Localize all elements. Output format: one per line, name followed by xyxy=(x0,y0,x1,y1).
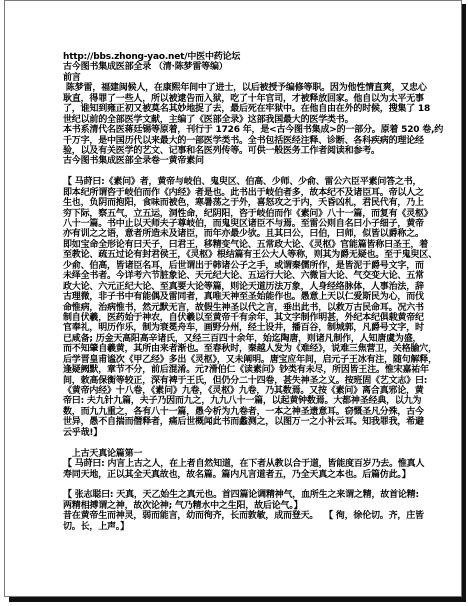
scanned-page-canvas: http://bbs.zhong-yao.net/中医中药论坛古今图书集成医部全… xyxy=(0,0,468,606)
text-line: 数，而九九重之，各有八十一篇，愚今析为九卷者，一本之神圣遗意耳。窃慨圣凡分殊，古… xyxy=(63,407,455,417)
document-text: http://bbs.zhong-yao.net/中医中药论坛古今图书集成医部全… xyxy=(63,52,455,532)
text-line: 官奉礼，明历作乐，制为衰冕舟车，画野分州，经土设井，播百谷，制城郭，凡爵号文字，… xyxy=(63,323,455,333)
text-line: 陈梦雷，福建闽候人，在康熙年间中了进士，以后被授予编修等职。因为他性情直爽，又忠… xyxy=(63,83,455,93)
text-line: 千万字，是中国历代以来最大的一部医学类书。全书包括医经注释、诊断、各科疾病的理论… xyxy=(63,136,455,146)
text-line: 已咸备; 历金天高阳高辛诸氏，又经三百四十余年，始迄陶唐，则诸凡制作，人知唐虞为… xyxy=(63,334,455,344)
text-line: 制自伏羲，医药始于神农，自伏羲以至黄帝千有余年，其文字制作明甚，外纪本纪俱载黄帝… xyxy=(63,313,455,323)
text-line: 上古天真论篇第一 xyxy=(63,449,455,459)
text-line: 【 马莳曰:《素问》者，黄帝与岐伯、鬼臾区、伯高、少师、少俞、雷公六臣平素问答之… xyxy=(63,177,455,187)
text-line xyxy=(63,167,455,177)
text-line: 寿同天地，正以其全天真故也，故名篇。篇内凡言道者五，乃全天真之本也。后篇仿此。】 xyxy=(63,470,455,480)
text-line: 生也，负阴而抱阳，食味而被色，寒暑荡之于外，喜怒攻之于内，夭昏凶札，君民代有，乃… xyxy=(63,198,455,208)
text-line: 帝曰: 夫九针九篇，夫子乃因而九之，九九八十一篇，以起黄钟数焉。大都神圣经典，以… xyxy=(63,396,455,406)
text-line xyxy=(63,480,455,490)
text-line: 《黄帝内经》十八卷，《素问》九卷，《灵枢》九卷，乃其数焉。又按《素问》离合真邪论… xyxy=(63,386,455,396)
text-line: 即如宝命全形论有曰天子，曰君王，移精变气论、五常政大论、《灵枢》官能篇皆称曰圣王… xyxy=(63,240,455,250)
text-line xyxy=(63,438,455,448)
scan-shadow-right xyxy=(462,4,466,602)
text-line: 耿直，得罪了一些人，所以被逮告而入狱，吃了十年官司，才被释放回家。他自以为太平无… xyxy=(63,94,455,104)
text-line: 两精相搏谓之神，故次论神; 气乃精水中之生阳，故后论气。】 xyxy=(63,501,455,511)
text-line: 世异，愚不自揣而僭释者，痛后世概闻此书而蠡测之，以图万一之小补云耳。知我罪我，希… xyxy=(63,417,455,427)
text-line: 间，敕高保衡等较正，深有裨于王氏，但仍分二十四卷，甚失神圣之义。按班固《艺文志》… xyxy=(63,376,455,386)
text-line: 古今图书集成医部全录卷一黄帝素问 xyxy=(63,156,455,166)
text-line: 命惟病，治病惟书，然元默无言，故假生神圣以代之言，垂出此书，以救万古民命耳。况六… xyxy=(63,303,455,313)
text-line: 了，谁知到雍正初又被莫名其妙地捉了去，最后死在牢狱中。在他自由在外的时候，搜集了… xyxy=(63,104,455,114)
text-line: 至教论、疏五过论有封君侯王，《灵枢》根结篇有王公大人等称，则其为爵无疑也。至于鬼… xyxy=(63,250,455,260)
text-line: 云乎哉!】 xyxy=(63,428,455,438)
text-line: 逢疑阙默，章节不分，前后混淆。元?滑伯仁《读素问》钞类有未尽，所因皆王注。惟宋嘉… xyxy=(63,365,455,375)
text-line: 昔在黄帝生而神灵，弱而能言，幼而徇齐，长而敦敏，成而登天。 【 徇，徐伦切。齐，… xyxy=(63,511,455,521)
scan-shadow-bottom xyxy=(9,597,466,602)
text-line: 本书系清代名医蒋廷锡等原着，刊行于 1726 年，是<古今图书集成>的一部分。原… xyxy=(63,125,455,135)
text-line: 【 张志聪曰: 天真，天乙始生之真元也。首四篇论调精神气，血所生之来谓之精，故首… xyxy=(63,490,455,500)
document-page: http://bbs.zhong-yao.net/中医中药论坛古今图书集成医部全… xyxy=(4,0,462,597)
text-line: 前言 xyxy=(63,73,455,83)
text-line: 古今图书集成医部全录 （清·陈梦雷等编） xyxy=(63,62,455,72)
text-line: 验，以及有关医学的艺文、记事和名医列传等。可供一般医务工作者阅读和参考。 xyxy=(63,146,455,156)
text-line: 亦有训之之语，意者所造未及诸臣，而年亦最少欤。且其曰公，曰伯，曰师，似皆以爵称之… xyxy=(63,229,455,239)
text-line: 穷下际，察五气，立五运，洞性命，纪阴阳，咨于岐伯而作《素问》八十一篇，而复有《灵… xyxy=(63,209,455,219)
text-line: 政大论、六元正纪大论、至真要大论等篇，则论天道历法万象，人身经络脉体，人事治法，… xyxy=(63,282,455,292)
text-line: 八十一篇。书中止以天师夫子尊岐伯，而鬼臾区诸臣不与焉。至雷公则自名曰小子细子，黄… xyxy=(63,219,455,229)
text-line: 世纪以前的全部医学文献，主编了《医部全录》这部我国最大的医学类书。 xyxy=(63,115,455,125)
text-line: 而不知肇自羲黄，其所由来者渐也。至春秋时，秦越人发为《难经》，说难三焦营卫，关格… xyxy=(63,344,455,354)
text-line: 即本纪所谓咨于岐伯而作《内经》者是也。此书出于岐伯者多，故本纪不及诸臣耳。帝以人… xyxy=(63,188,455,198)
text-line: 古理微，非子书中有能偶及雷同者，真唯天神至圣始能作也。愚意上天以仁爱斯民为心，而… xyxy=(63,292,455,302)
text-line: 少俞、伯高，皆诸臣名耳，后世谓出于韩诸公子之手，或谓秦儒所作，是皆泥于爵号文字，… xyxy=(63,261,455,271)
text-line: http://bbs.zhong-yao.net/中医中药论坛 xyxy=(63,52,455,62)
text-line: 【 马莳曰: 内言上古之人，在上者自然知道，在下者从教以合于道，皆能度百岁乃去。… xyxy=(63,459,455,469)
text-line: 后学晋皇甫谧次《甲乙经》多出《灵枢》，又未阐明。唐宝应年间，启元子王冰有注，随句… xyxy=(63,355,455,365)
text-line: 未绎全书者。今详考六节脏象论、天元纪大论、五运行大论、六微旨大论、气交变大论、五… xyxy=(63,271,455,281)
text-line: 切。长，上声。】 xyxy=(63,522,455,532)
